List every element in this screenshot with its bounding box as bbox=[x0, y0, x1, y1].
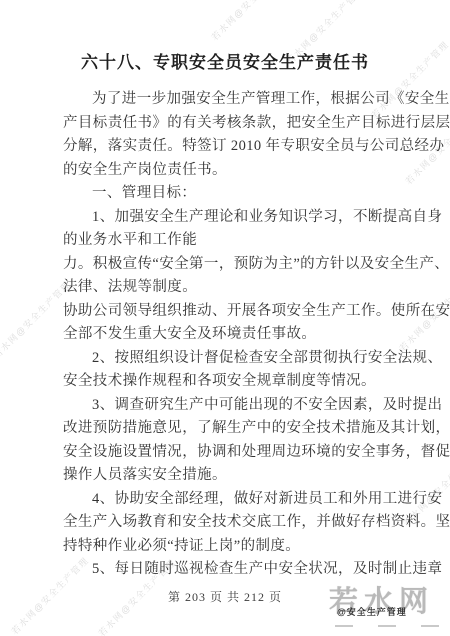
ruoshui-logo-watermark: 若水网 @安全生产管理 bbox=[329, 587, 447, 633]
text-line: 协助公司领导组织推动、开展各项安全生产工作。使所在安 bbox=[63, 300, 395, 324]
diagonal-watermark: 若水网@安全生产管理 bbox=[208, 0, 292, 43]
text-line: 一、管理目标： bbox=[63, 182, 395, 206]
logo-dashes-decoration bbox=[335, 625, 439, 627]
text-line: 5、每日随时巡视检查生产中安全状况，及时制止违章 bbox=[63, 558, 395, 582]
text-line: 的业务水平和工作能 bbox=[63, 229, 395, 253]
text-line: 分解，落实责任。特签订 2010 年专职安全员与公司总经办 bbox=[63, 135, 395, 159]
text-line: 3、调查研究生产中可能出现的不安全因素，及时提出 bbox=[63, 394, 395, 418]
text-line: 为了进一步加强安全生产管理工作，根据公司《安全生 bbox=[63, 88, 395, 112]
text-line: 法律、法规等制度。 bbox=[63, 276, 395, 300]
document-page: 若水网@安全生产管理 若水网@安全生产管理 若水网@安全生产管理 若水网@安全生… bbox=[0, 0, 450, 636]
text-line: 产目标责任书》的有关考核条款，把安全生产目标进行层层 bbox=[63, 112, 395, 136]
page-number-text: 第 203 页 共 212 页 bbox=[168, 590, 282, 604]
text-line: 改进预防措施意见，了解生产中的安全技术措施及其计划， bbox=[63, 417, 395, 441]
text-line: 全生产入场教育和安全技术交底工作，并做好存档资料。坚 bbox=[63, 511, 395, 535]
text-line: 力。积极宣传“安全第一，预防为主”的方针以及安全生产、 bbox=[63, 253, 395, 277]
text-line: 操作人员落实安全措施。 bbox=[63, 464, 395, 488]
page-title: 六十八、专职安全员安全生产责任书 bbox=[0, 48, 450, 73]
text-line: 持特种作业必须“持证上岗”的制度。 bbox=[63, 535, 395, 559]
text-line: 全部不发生重大安全及环境责任事故。 bbox=[63, 323, 395, 347]
text-line: 1、加强安全生产理论和业务知识学习，不断提高自身 bbox=[63, 206, 395, 230]
text-line: 4、协助安全部经理，做好对新进员工和外用工进行安 bbox=[63, 488, 395, 512]
text-line: 安全技术操作规程和各项安全规章制度等情况。 bbox=[63, 370, 395, 394]
document-body: 为了进一步加强安全生产管理工作，根据公司《安全生产目标责任书》的有关考核条款，把… bbox=[63, 88, 395, 582]
text-line: 2、按照组织设计督促检查安全部贯彻执行安全法规、 bbox=[63, 347, 395, 371]
text-line: 安全设施设置情况，协调和处理周边环境的安全事务，督促 bbox=[63, 441, 395, 465]
text-line: 的安全生产岗位责任书。 bbox=[63, 159, 395, 183]
logo-overlay-text: @安全生产管理 bbox=[337, 605, 407, 618]
